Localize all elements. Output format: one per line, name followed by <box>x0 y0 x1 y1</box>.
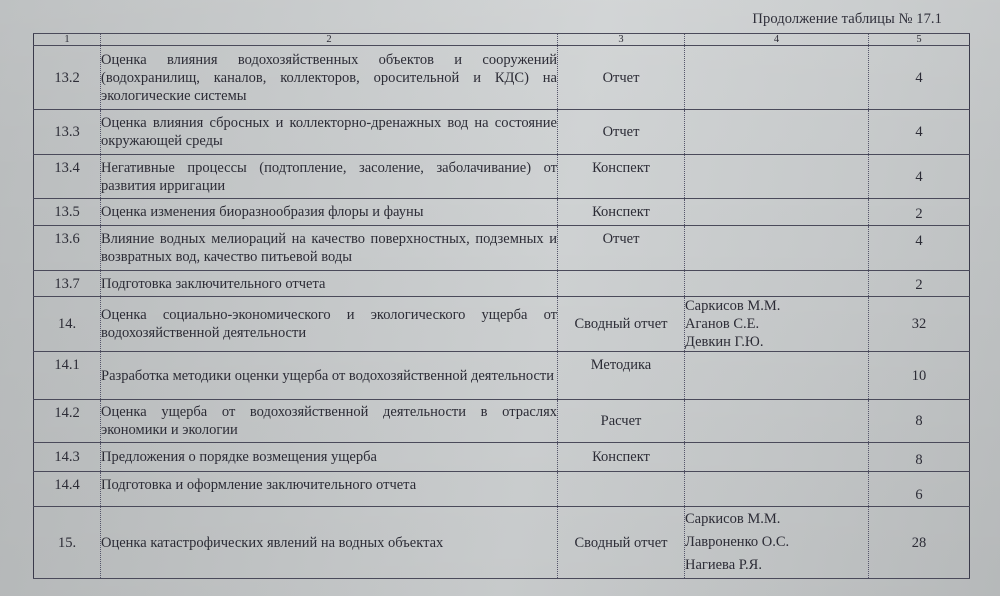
row-number: 13.2 <box>34 46 101 110</box>
row-hours: 4 <box>869 110 970 155</box>
row-number: 13.7 <box>34 271 101 297</box>
row-report-type <box>558 472 685 507</box>
row-responsible: Саркисов М.М. Лавроненко О.С. Нагиева Р.… <box>685 507 869 579</box>
row-report-type: Сводный отчет <box>558 297 685 352</box>
column-number-row: 1 2 3 4 5 <box>34 34 970 46</box>
responsible-person: Саркисов М.М. <box>685 297 868 315</box>
column-header-3: 3 <box>558 34 685 46</box>
row-report-type: Отчет <box>558 46 685 110</box>
row-responsible <box>685 443 869 472</box>
column-header-4: 4 <box>685 34 869 46</box>
row-number: 13.3 <box>34 110 101 155</box>
row-responsible <box>685 472 869 507</box>
row-hours: 4 <box>869 226 970 271</box>
table-row: 13.7 Подготовка заключительного отчета 2 <box>34 271 970 297</box>
work-plan-table: 1 2 3 4 5 13.2 Оценка влияния водохозяйс… <box>33 33 970 579</box>
row-number: 14. <box>34 297 101 352</box>
row-hours: 2 <box>869 271 970 297</box>
row-number: 14.4 <box>34 472 101 507</box>
row-hours: 8 <box>869 443 970 472</box>
row-responsible <box>685 400 869 443</box>
row-number: 14.1 <box>34 352 101 400</box>
row-report-type: Конспект <box>558 199 685 226</box>
row-number: 14.3 <box>34 443 101 472</box>
row-description: Предложения о порядке возмещения ущерба <box>101 443 558 472</box>
table-row: 13.2 Оценка влияния водохозяйственных об… <box>34 46 970 110</box>
column-header-2: 2 <box>101 34 558 46</box>
row-report-type: Конспект <box>558 443 685 472</box>
row-hours: 4 <box>869 46 970 110</box>
row-description: Разработка методики оценки ущерба от вод… <box>101 352 558 400</box>
table-row: 14.4 Подготовка и оформление заключитель… <box>34 472 970 507</box>
row-description: Подготовка заключительного отчета <box>101 271 558 297</box>
row-description: Оценка катастрофических явлений на водны… <box>101 507 558 579</box>
row-report-type: Сводный отчет <box>558 507 685 579</box>
column-header-5: 5 <box>869 34 970 46</box>
row-responsible <box>685 199 869 226</box>
row-number: 14.2 <box>34 400 101 443</box>
row-responsible <box>685 155 869 199</box>
table-row: 13.4 Негативные процессы (подтопление, з… <box>34 155 970 199</box>
row-number: 13.4 <box>34 155 101 199</box>
row-description: Негативные процессы (подтопление, засоле… <box>101 155 558 199</box>
table-row: 14.1 Разработка методики оценки ущерба о… <box>34 352 970 400</box>
row-description: Оценка влияния водохозяйственных объекто… <box>101 46 558 110</box>
row-description: Оценка изменения биоразнообразия флоры и… <box>101 199 558 226</box>
row-description: Оценка влияния сбросных и коллекторно-др… <box>101 110 558 155</box>
row-responsible <box>685 110 869 155</box>
row-responsible <box>685 226 869 271</box>
table-row: 14.3 Предложения о порядке возмещения ущ… <box>34 443 970 472</box>
responsible-person: Аганов С.Е. <box>685 315 868 333</box>
table-row: 13.5 Оценка изменения биоразнообразия фл… <box>34 199 970 226</box>
responsible-person: Саркисов М.М. <box>685 508 868 531</box>
table-row: 13.3 Оценка влияния сбросных и коллектор… <box>34 110 970 155</box>
row-report-type: Конспект <box>558 155 685 199</box>
table-row: 15. Оценка катастрофических явлений на в… <box>34 507 970 579</box>
table-row: 14. Оценка социально-экономического и эк… <box>34 297 970 352</box>
responsible-person: Нагиева Р.Я. <box>685 554 868 577</box>
row-number: 13.5 <box>34 199 101 226</box>
row-report-type: Методика <box>558 352 685 400</box>
table-row: 13.6 Влияние водных мелиораций на качест… <box>34 226 970 271</box>
row-report-type: Отчет <box>558 110 685 155</box>
column-header-1: 1 <box>34 34 101 46</box>
row-description: Оценка ущерба от водохозяйственной деяте… <box>101 400 558 443</box>
row-responsible <box>685 46 869 110</box>
row-number: 13.6 <box>34 226 101 271</box>
row-hours: 4 <box>869 155 970 199</box>
table-row: 14.2 Оценка ущерба от водохозяйственной … <box>34 400 970 443</box>
row-hours: 28 <box>869 507 970 579</box>
table-caption: Продолжение таблицы № 17.1 <box>752 11 942 28</box>
row-report-type: Отчет <box>558 226 685 271</box>
row-responsible: Саркисов М.М. Аганов С.Е. Девкин Г.Ю. <box>685 297 869 352</box>
row-report-type: Расчет <box>558 400 685 443</box>
row-hours: 32 <box>869 297 970 352</box>
row-responsible <box>685 271 869 297</box>
row-hours: 6 <box>869 472 970 507</box>
row-description: Оценка социально-экономического и эколог… <box>101 297 558 352</box>
row-report-type <box>558 271 685 297</box>
responsible-person: Девкин Г.Ю. <box>685 333 868 351</box>
row-description: Подготовка и оформление заключительного … <box>101 472 558 507</box>
row-hours: 2 <box>869 199 970 226</box>
row-description: Влияние водных мелиораций на качество по… <box>101 226 558 271</box>
row-hours: 8 <box>869 400 970 443</box>
row-hours: 10 <box>869 352 970 400</box>
row-responsible <box>685 352 869 400</box>
responsible-person: Лавроненко О.С. <box>685 531 868 554</box>
row-number: 15. <box>34 507 101 579</box>
